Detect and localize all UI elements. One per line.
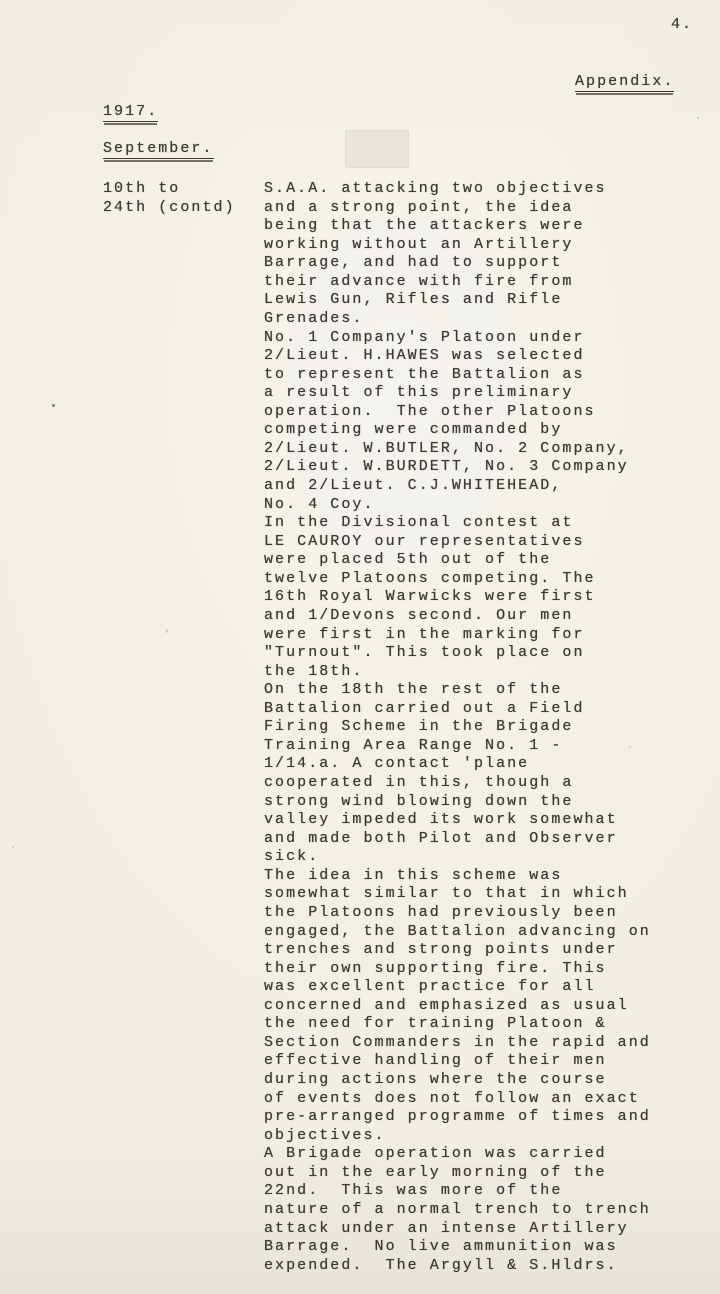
year-heading: 1917. bbox=[103, 103, 158, 122]
text-line: Training Area Range No. 1 - bbox=[264, 737, 651, 756]
text-line: nature of a normal trench to trench bbox=[264, 1201, 651, 1220]
text-line: Barrage, and had to support bbox=[264, 254, 651, 273]
text-line: of events does not follow an exact bbox=[264, 1090, 651, 1109]
text-line: competing were commanded by bbox=[264, 421, 651, 440]
text-line: No. 1 Company's Platoon under bbox=[264, 329, 651, 348]
text-line: were first in the marking for bbox=[264, 626, 651, 645]
text-line: engaged, the Battalion advancing on bbox=[264, 923, 651, 942]
text-line: cooperated in this, though a bbox=[264, 774, 651, 793]
text-line: being that the attackers were bbox=[264, 217, 651, 236]
text-line: twelve Platoons competing. The bbox=[264, 570, 651, 589]
text-line: sick. bbox=[264, 848, 651, 867]
text-line: during actions where the course bbox=[264, 1071, 651, 1090]
text-line: In the Divisional contest at bbox=[264, 514, 651, 533]
text-line: 24th (contd) bbox=[103, 199, 236, 218]
text-line: 16th Royal Warwicks were first bbox=[264, 588, 651, 607]
text-line: strong wind blowing down the bbox=[264, 793, 651, 812]
text-line: Lewis Gun, Rifles and Rifle bbox=[264, 291, 651, 310]
appendix-heading: Appendix. bbox=[575, 73, 674, 92]
page-number: 4. bbox=[671, 16, 693, 33]
text-line: was excellent practice for all bbox=[264, 978, 651, 997]
month-heading: September. bbox=[103, 140, 214, 159]
text-line: and a strong point, the idea bbox=[264, 199, 651, 218]
text-line: somewhat similar to that in which bbox=[264, 885, 651, 904]
text-line: the Platoons had previously been bbox=[264, 904, 651, 923]
text-line: 10th to bbox=[103, 180, 236, 199]
text-line: 2/Lieut. W.BURDETT, No. 3 Company bbox=[264, 458, 651, 477]
text-line: attack under an intense Artillery bbox=[264, 1220, 651, 1239]
text-line: working without an Artillery bbox=[264, 236, 651, 255]
text-line: their advance with fire from bbox=[264, 273, 651, 292]
diary-body-text: S.A.A. attacking two objectivesand a str… bbox=[264, 180, 651, 1275]
text-line: The idea in this scheme was bbox=[264, 867, 651, 886]
text-line: 2/Lieut. H.HAWES was selected bbox=[264, 347, 651, 366]
text-line: pre-arranged programme of times and bbox=[264, 1108, 651, 1127]
text-line: Firing Scheme in the Brigade bbox=[264, 718, 651, 737]
paper-smudge bbox=[345, 130, 409, 168]
text-line: No. 4 Coy. bbox=[264, 496, 651, 515]
text-line: 1/14.a. A contact 'plane bbox=[264, 755, 651, 774]
text-line: 22nd. This was more of the bbox=[264, 1182, 651, 1201]
text-line: to represent the Battalion as bbox=[264, 366, 651, 385]
text-line: objectives. bbox=[264, 1127, 651, 1146]
paper-speck bbox=[165, 629, 169, 633]
paper-speck bbox=[697, 117, 699, 119]
paper-speck bbox=[629, 746, 631, 748]
paper-speck bbox=[12, 846, 14, 848]
paper-speck bbox=[52, 404, 55, 407]
text-line: Barrage. No live ammunition was bbox=[264, 1238, 651, 1257]
text-line: the need for training Platoon & bbox=[264, 1015, 651, 1034]
date-range-label: 10th to24th (contd) bbox=[103, 180, 236, 217]
text-line: expended. The Argyll & S.Hldrs. bbox=[264, 1257, 651, 1276]
text-line: operation. The other Platoons bbox=[264, 403, 651, 422]
text-line: "Turnout". This took place on bbox=[264, 644, 651, 663]
text-line: effective handling of their men bbox=[264, 1052, 651, 1071]
text-line: 2/Lieut. W.BUTLER, No. 2 Company, bbox=[264, 440, 651, 459]
text-line: On the 18th the rest of the bbox=[264, 681, 651, 700]
text-line: out in the early morning of the bbox=[264, 1164, 651, 1183]
text-line: valley impeded its work somewhat bbox=[264, 811, 651, 830]
text-line: A Brigade operation was carried bbox=[264, 1145, 651, 1164]
text-line: and 2/Lieut. C.J.WHITEHEAD, bbox=[264, 477, 651, 496]
text-line: Section Commanders in the rapid and bbox=[264, 1034, 651, 1053]
text-line: S.A.A. attacking two objectives bbox=[264, 180, 651, 199]
text-line: trenches and strong points under bbox=[264, 941, 651, 960]
text-line: Grenades. bbox=[264, 310, 651, 329]
scanned-page: 4. Appendix. 1917. September. 10th to24t… bbox=[0, 0, 720, 1294]
text-line: and 1/Devons second. Our men bbox=[264, 607, 651, 626]
text-line: LE CAUROY our representatives bbox=[264, 533, 651, 552]
text-line: and made both Pilot and Observer bbox=[264, 830, 651, 849]
text-line: a result of this preliminary bbox=[264, 384, 651, 403]
text-line: Battalion carried out a Field bbox=[264, 700, 651, 719]
text-line: were placed 5th out of the bbox=[264, 551, 651, 570]
text-line: the 18th. bbox=[264, 663, 651, 682]
text-line: concerned and emphasized as usual bbox=[264, 997, 651, 1016]
text-line: their own supporting fire. This bbox=[264, 960, 651, 979]
